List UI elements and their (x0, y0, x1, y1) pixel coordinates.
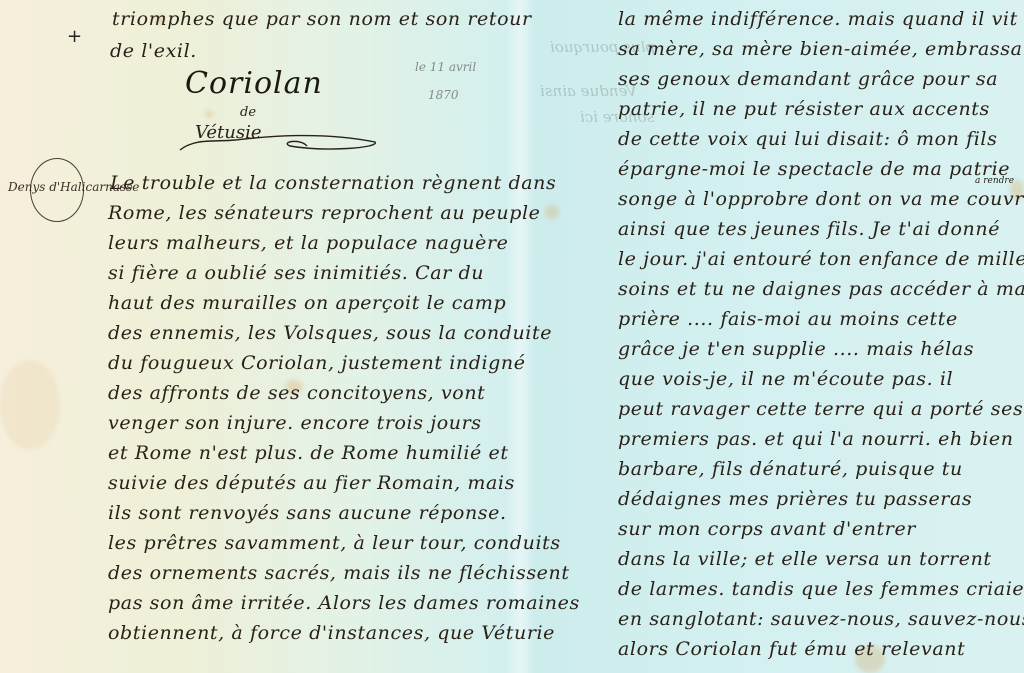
text-line: de cette voix qui lui disait: ô mon fils (618, 128, 997, 150)
left-page: triomphes que par son nom et son retour … (0, 0, 515, 673)
text-line: les prêtres savamment, à leur tour, cond… (108, 532, 561, 554)
text-line: suivie des députés au fier Romain, mais (108, 472, 515, 494)
text-line: si fière a oublié ses inimitiés. Car du (108, 262, 484, 284)
text-line: ses genoux demandant grâce pour sa (618, 68, 998, 90)
text-line: dédaignes mes prières tu passeras (618, 488, 972, 510)
text-line: du fougueux Coriolan, justement indigné (108, 352, 526, 374)
text-line: Rome, les sénateurs reprochent au peuple (108, 202, 541, 224)
text-line: de l'exil. (110, 40, 197, 62)
text-line: obtiennent, à force d'instances, que Vét… (108, 622, 555, 644)
text-line: des affronts de ses concitoyens, vont (108, 382, 485, 404)
text-line: venger son injure. encore trois jours (108, 412, 482, 434)
text-line: grâce je t'en supplie .... mais hélas (618, 338, 974, 360)
page-title: Coriolan (185, 66, 323, 101)
text-line: prière .... fais-moi au moins cette (618, 308, 958, 330)
manuscript-spread: triomphes que par son nom et son retour … (0, 0, 1024, 673)
subtitle-mark: de (240, 105, 256, 120)
corner-date-note: le 11 avril (415, 60, 476, 74)
text-line: Le trouble et la consternation règnent d… (110, 172, 556, 194)
insertion-note: a rendre (975, 176, 1014, 186)
text-line: sa mère, sa mère bien-aimée, embrassant (618, 38, 1024, 60)
text-line: songe à l'opprobre dont on va me couvrir (618, 188, 1024, 210)
corner-year-note: 1870 (428, 88, 459, 102)
text-line: épargne-moi le spectacle de ma patrie (618, 158, 1010, 180)
text-line: en sanglotant: sauvez-nous, sauvez-nous (618, 608, 1024, 630)
text-line: alors Coriolan fut ému et relevant (618, 638, 965, 660)
text-line: de larmes. tandis que les femmes criaien… (618, 578, 1024, 600)
text-line: des ornements sacrés, mais ils ne fléchi… (108, 562, 570, 584)
right-page: plus pourquoi Vendue ainsi sonore ici la… (520, 0, 1024, 673)
text-line: sur mon corps avant d'entrer (618, 518, 916, 540)
text-line: premiers pas. et qui l'a nourri. eh bien (618, 428, 1014, 450)
plus-mark-icon: + (67, 26, 82, 47)
text-line: barbare, fils dénaturé, puisque tu (618, 458, 963, 480)
text-line: ils sont renvoyés sans aucune réponse. (108, 502, 507, 524)
text-line: dans la ville; et elle versa un torrent (618, 548, 992, 570)
text-line: leurs malheurs, et la populace naguère (108, 232, 509, 254)
text-line: peut ravager cette terre qui a porté ses (618, 398, 1023, 420)
text-line: la même indifférence. mais quand il vit (618, 8, 1018, 30)
text-line: des ennemis, les Volsques, sous la condu… (108, 322, 552, 344)
text-line: soins et tu ne daignes pas accéder à ma (618, 278, 1024, 300)
text-line: et Rome n'est plus. de Rome humilié et (108, 442, 509, 464)
text-line: pas son âme irritée. Alors les dames rom… (108, 592, 580, 614)
text-line: triomphes que par son nom et son retour (112, 8, 532, 30)
text-line: patrie, il ne put résister aux accents (618, 98, 990, 120)
text-line: ainsi que tes jeunes fils. Je t'ai donné (618, 218, 1000, 240)
text-line: haut des murailles on aperçoit le camp (108, 292, 506, 314)
text-line: que vois-je, il ne m'écoute pas. il (618, 368, 953, 390)
flourish-icon (175, 120, 385, 156)
text-line: le jour. j'ai entouré ton enfance de mil… (618, 248, 1024, 270)
